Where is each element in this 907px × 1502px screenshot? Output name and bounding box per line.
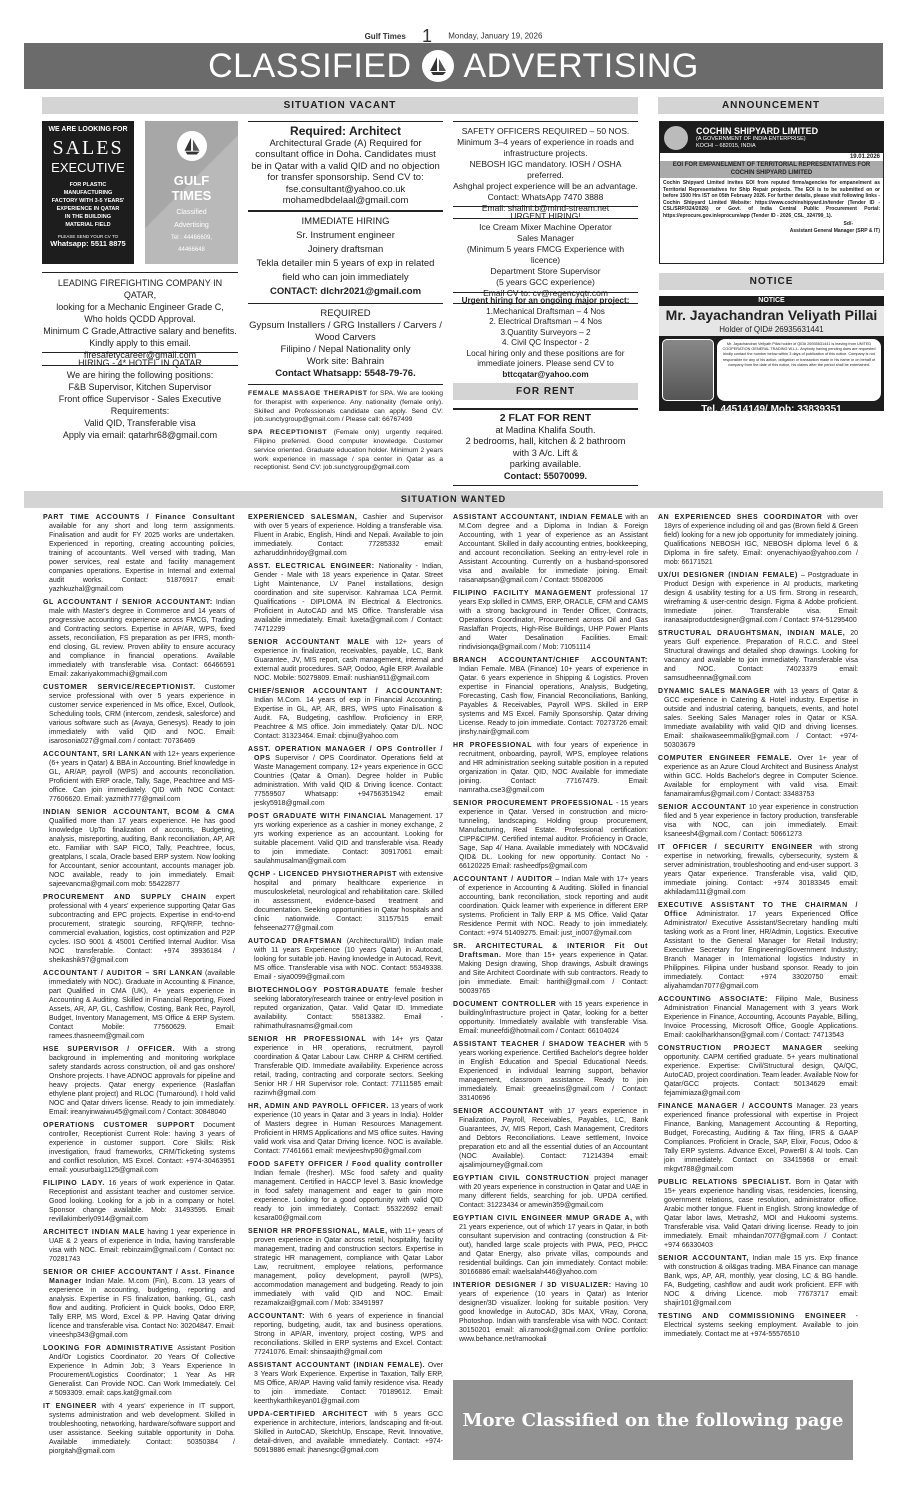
list-item: ASST. OPERATION MANAGER / OPS Controller… — [248, 745, 443, 808]
list-item: ASSISTANT ACCOUNTANT (INDIAN FEMALE). Ov… — [248, 1361, 443, 1406]
list-item: PROCUREMENT AND SUPPLY CHAIN expert prof… — [43, 893, 235, 965]
notice-person-name: Mr. Jayachandran Veliyath Pillai — [659, 307, 884, 324]
list-item: DOCUMENT CONTROLLER with 15 years experi… — [453, 1000, 648, 1036]
list-item: ACCOUNTANT, SRI LANKAN with 12+ years ex… — [43, 750, 235, 804]
list-item: FILIPINO FACILITY MANAGEMENT professiona… — [453, 589, 648, 652]
masthead-left: CLASSIFIED — [208, 47, 411, 86]
immediate-hiring-ad: IMMEDIATE HIRING Sr. Instrument engineer… — [248, 210, 443, 304]
cochin-shipyard-announcement: COCHIN SHIPYARD LIMITED (A GOVERNMENT OF… — [659, 121, 884, 264]
list-item: SENIOR OR CHIEF ACCOUNTANT / Asst. Finan… — [43, 1268, 235, 1340]
major-project-hiring-ad: Urgent hiring for an ongoing major proje… — [453, 292, 638, 384]
gypsum-installers-ad: REQUIRED Gypsum Installers / GRG Install… — [248, 303, 443, 385]
list-item: PUBLIC RELATIONS SPECIALIST. Born in Qat… — [658, 1178, 858, 1250]
list-item: ASSISTANT TEACHER / SHADOW TEACHER with … — [453, 1040, 648, 1103]
list-item: ACCOUNTING ASSOCIATE: Filipino Male, Bus… — [658, 995, 858, 1040]
safety-officers-ad: SAFETY OFFICERS REQUIRED – 50 NOS. Minim… — [453, 121, 638, 219]
list-item: POST GRADUATE WITH FINANCIAL Management.… — [248, 812, 443, 866]
more-classified-banner: More Classified on the following page — [453, 1380, 853, 1460]
list-item: CONSTRUCTION PROJECT MANAGER seeking opp… — [658, 1044, 858, 1098]
gulf-times-tel2: 44466648 — [145, 247, 238, 253]
dhow-boat-icon — [422, 50, 454, 82]
gulf-times-name: GULF — [145, 173, 238, 188]
list-item: IT OFFICER / SECURITY ENGINEER with stro… — [658, 843, 858, 897]
list-item: TESTING AND COMMISSIONING ENGINEER - Ele… — [658, 1312, 858, 1339]
hotel-hiring-ad: HIRING - 4* HOTEL IN QATAR We are hiring… — [42, 352, 238, 445]
list-item: INDIAN SENIOR ACCOUNTANT, BCOM & CMA Qua… — [43, 808, 235, 889]
ad-contact: Contact Whatsapp: 5548-79-76. — [248, 368, 443, 380]
spa-ads: FEMALE MASSAGE THERAPIST for SPA. We are… — [248, 390, 443, 477]
sales-ad-title: SALES — [42, 137, 134, 160]
section-header-situation-wanted: SITUATION WANTED — [24, 491, 883, 508]
notice-qid: Holder of QID# 26935631441 — [659, 324, 884, 335]
flat-for-rent-ad: 2 FLAT FOR RENT at Madina Khalifa South.… — [453, 408, 638, 486]
list-item: SENIOR ACCOUNTANT, Indian male 15 yrs. E… — [658, 1254, 858, 1308]
list-item: SENIOR ACCOUNTANT 10 year experience in … — [658, 803, 858, 839]
list-item: BIOTECHNOLOGY POSTGRADUATE female freshe… — [248, 986, 443, 1031]
list-item: ASSISTANT ACCOUNTANT, INDIAN FEMALE with… — [453, 513, 648, 585]
announcement-heading: EOI FOR EMPANELMENT OF TERRITORIAL REPRE… — [660, 161, 883, 178]
sales-executive-ad: WE ARE LOOKING FOR SALES EXECUTIVE FOR P… — [42, 121, 134, 264]
banner-text: More Classified on the following page — [463, 1410, 844, 1431]
notice-ad: NOTICE Mr. Jayachandran Veliyath Pillai … — [659, 296, 884, 411]
sales-ad-heading: WE ARE LOOKING FOR — [42, 126, 134, 133]
sales-ad-phone: Whatsapp: 5511 8875 — [42, 239, 134, 248]
list-item: ARCHITECT INDIAN MALE having 1 year expe… — [43, 1228, 235, 1264]
list-item: UX/UI DESIGNER (INDIAN FEMALE) – Postgra… — [658, 571, 858, 625]
list-item: AN EXPERIENCED SHES COORDINATOR with ove… — [658, 513, 858, 567]
architect-job-ad: Required: Architect Architectural Grade … — [248, 121, 443, 212]
gulf-times-name-2: TIMES — [145, 188, 238, 203]
list-item: HR, ADMIN AND PAYROLL OFFICER. 13 years … — [248, 1102, 443, 1156]
list-item: EXPERIENCED SALESMAN, Cashier and Superv… — [248, 513, 443, 558]
list-item: EGYPTIAN CIVIL CONSTRUCTION project mana… — [453, 1174, 648, 1210]
list-item: DYNAMIC SALES MANAGER with 13 years of Q… — [658, 687, 858, 750]
list-item: HR PROFESSIONAL with four years of exper… — [453, 741, 648, 795]
notice-body: Mr. Jayachandran Veliyath Pillai holder … — [717, 339, 881, 401]
ad-title: URGENT HIRING! — [453, 211, 638, 222]
ad-title: Urgent hiring for an ongoing major proje… — [453, 296, 638, 307]
ad-title: HIRING - 4* HOTEL IN QATAR — [42, 357, 238, 369]
ad-title: LEADING FIREFIGHTING COMPANY IN QATAR, — [42, 277, 238, 301]
wanted-column-2: EXPERIENCED SALESMAN, Cashier and Superv… — [248, 513, 443, 1459]
section-header-announcement: ANNOUNCEMENT — [658, 97, 884, 114]
gulf-times-line1: Classified — [145, 209, 238, 216]
section-header-situation-vacant: SITUATION VACANT — [42, 97, 638, 114]
issue-date: Monday, January 19, 2026 — [448, 32, 542, 41]
sales-ad-subtitle: EXECUTIVE — [42, 160, 134, 175]
ad-title: SAFETY OFFICERS REQUIRED – 50 NOS. — [453, 126, 638, 137]
announcement-body: Cochin Shipyard Limited invites EOI from… — [660, 178, 883, 221]
list-item: SR. ARCHITECTURAL & INTERIOR Fit Out Dra… — [453, 942, 648, 996]
publication-name: Gulf Times — [365, 32, 406, 41]
section-header-notice: NOTICE — [659, 273, 884, 290]
list-item: FOOD SAFETY OFFICER / Food quality contr… — [248, 1160, 443, 1223]
list-item: UPDA-CERTIFIED ARCHITECT with 5 years GC… — [248, 1410, 443, 1455]
company-name: COCHIN SHIPYARD LIMITED — [696, 126, 818, 136]
list-item: EXECUTIVE ASSISTANT TO THE CHAIRMAN / Of… — [658, 901, 858, 991]
list-item: FINANCE MANAGER / ACCOUNTS Manager. 23 y… — [658, 1102, 858, 1174]
ad-title: REQUIRED — [248, 308, 443, 320]
masthead: CLASSIFIED ADVERTISING — [24, 43, 883, 89]
list-item: ACCOUNTANT / AUDITOR – SRI LANKAN (avail… — [43, 969, 235, 1041]
list-item: GL ACCOUNTANT / SENIOR ACCOUNTANT: India… — [43, 598, 235, 679]
list-item: IT ENGINEER with 4 years' experience in … — [43, 1402, 235, 1456]
list-item: COMPUTER ENGINEER FEMALE. Over 1+ year o… — [658, 754, 858, 799]
list-item: PART TIME ACCOUNTS / Finance Consultant … — [43, 513, 235, 594]
urgent-hiring-ad: URGENT HIRING! Ice Cream Mixer Machine O… — [453, 206, 638, 304]
list-item: CUSTOMER SERVICE/RECEPTIONIST. Customer … — [43, 683, 235, 746]
list-item: EGYPTIAN CIVIL ENGINEER MMUP GRADE A, wi… — [453, 1214, 648, 1277]
masthead-right: ADVERTISING — [464, 47, 699, 86]
list-item: ACCOUNTANT / AUDITOR – Indian Male with … — [453, 875, 648, 938]
spa-ad-item: FEMALE MASSAGE THERAPIST for SPA. We are… — [248, 390, 443, 425]
wanted-column-3: ASSISTANT ACCOUNTANT, INDIAN FEMALE with… — [453, 513, 648, 1348]
person-photo — [662, 339, 714, 401]
list-item: SENIOR HR PROFESSIONAL, MALE, with 11+ y… — [248, 1227, 443, 1308]
list-item: ASST. ELECTRICAL ENGINEER: Nationality -… — [248, 562, 443, 634]
wanted-column-4: AN EXPERIENCED SHES COORDINATOR with ove… — [658, 513, 858, 1343]
list-item: AUTOCAD DRAFTSMAN (Architectural/ID) Ind… — [248, 937, 443, 982]
gulf-times-classified-ad: GULF TIMES Classified Advertising Tel : … — [145, 121, 238, 264]
ad-contact: CONTACT: dlchr2021@gmail.com — [248, 285, 443, 299]
notice-phone: Tel. 44514149/ Mob: 33839351 — [659, 404, 884, 416]
list-item: SENIOR PROCUREMENT PROFESSIONAL - 15 yea… — [453, 799, 648, 871]
announcement-date: 19.01.2026 — [660, 153, 883, 161]
list-item: QCHP - LICENCED PHYSIOTHERAPIST with ext… — [248, 870, 443, 933]
list-item: FILIPINO LADY. 16 years of work experien… — [43, 1179, 235, 1224]
cochin-shipyard-logo-icon — [664, 126, 688, 150]
gulf-times-line2: Advertising — [145, 222, 238, 229]
ad-title: Required: Architect — [248, 126, 443, 138]
list-item: INTERIOR DESIGNER / 3D VISUALIZER: Havin… — [453, 1281, 648, 1344]
list-item: ACCOUNTANT: With 6 years of experience i… — [248, 1312, 443, 1357]
list-item: STRUCTURAL DRAUGHTSMAN, INDIAN MALE, 20 … — [658, 629, 858, 683]
list-item: CHIEF/SENIOR ACCOUNTANT / ACCOUNTANT: In… — [248, 687, 443, 741]
list-item: LOOKING FOR ADMINISTRATIVE Assistant Pos… — [43, 1344, 235, 1398]
list-item: SENIOR HR PROFESSIONAL with 14+ yrs Qata… — [248, 1035, 443, 1098]
sales-ad-body: FOR PLASTICMANUFACTURINGFACTORY WITH 3-5… — [42, 181, 134, 229]
wanted-column-1: PART TIME ACCOUNTS / Finance Consultant … — [43, 513, 235, 1460]
notice-label: NOTICE — [659, 296, 884, 306]
list-item: SENIOR ACCOUNTANT MALE with 12+ years of… — [248, 638, 443, 683]
gulf-times-tel: Tel : 44466609, — [145, 235, 238, 241]
ad-title: 2 FLAT FOR RENT — [453, 413, 638, 425]
list-item: SENIOR ACCOUNTANT with 17 years experien… — [453, 1107, 648, 1170]
section-header-for-rent: FOR RENT — [453, 383, 638, 400]
ad-title: IMMEDIATE HIRING — [248, 215, 443, 229]
dhow-logo-icon — [177, 131, 207, 161]
list-item: HSE SUPERVISOR / OFFICER. With a strong … — [43, 1045, 235, 1117]
ad-contact: Contact: 55070099. — [453, 471, 638, 483]
list-item: BRANCH ACCOUNTANT/CHIEF ACCOUNTANT: Indi… — [453, 656, 648, 737]
list-item: OPERATIONS CUSTOMER SUPPORT Document con… — [43, 1121, 235, 1175]
spa-ad-item: SPA RECEPTIONIST (Female only) urgently … — [248, 429, 443, 473]
